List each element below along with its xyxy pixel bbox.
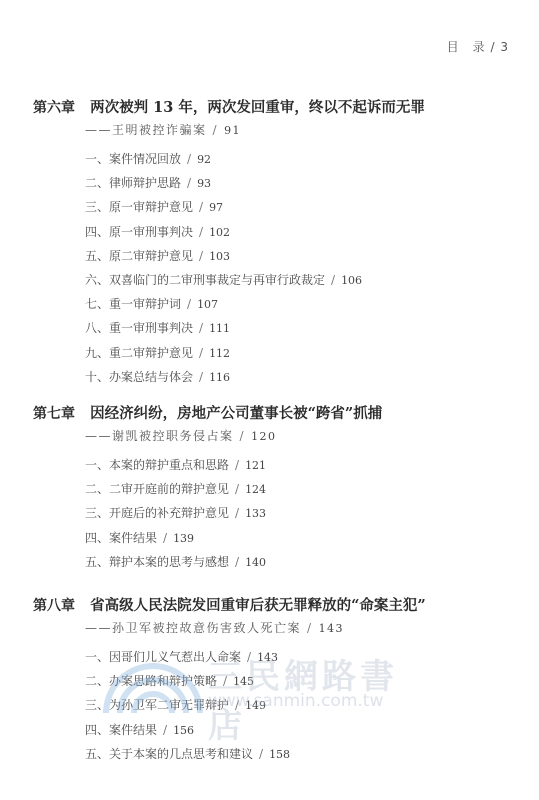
separator: / (235, 458, 239, 472)
chapter-number: 第七章 (33, 403, 85, 423)
toc-entry[interactable]: 九、重二审辩护意见/112 (85, 344, 362, 368)
chapter-number: 第八章 (33, 595, 85, 615)
chapter-subtitle[interactable]: ——孙卫军被控故意伤害致人死亡案/143 (85, 619, 344, 636)
toc-entry[interactable]: 五、关于本案的几点思考和建议/158 (85, 745, 290, 769)
page-number: 149 (245, 699, 266, 712)
separator: / (240, 429, 246, 443)
entry-label: 八、重一审刑事判决 (85, 321, 193, 335)
subtitle-text: ——谢凯被控职务侵占案 (85, 429, 234, 443)
separator: / (235, 482, 239, 496)
separator: / (223, 674, 227, 688)
separator: / (307, 621, 313, 635)
toc-entry[interactable]: 五、原二审辩护意见/103 (85, 247, 362, 271)
page-number: 106 (341, 274, 362, 287)
toc-entry[interactable]: 四、案件结果/139 (85, 529, 266, 553)
separator: / (235, 698, 239, 712)
separator: / (235, 506, 239, 520)
toc-entry[interactable]: 三、原一审辩护意见/97 (85, 198, 362, 222)
toc-entry[interactable]: 八、重一审刑事判决/111 (85, 319, 362, 343)
toc-entry[interactable]: 一、案件情况回放/92 (85, 150, 362, 174)
entry-label: 三、原一审辩护意见 (85, 200, 193, 214)
entry-label: 四、原一审刑事判决 (85, 225, 193, 239)
entry-label: 三、为孙卫军二审无罪辩护 (85, 698, 229, 712)
toc-entry[interactable]: 四、案件结果/156 (85, 721, 290, 745)
page-number: 145 (233, 675, 254, 688)
chapter-number: 第六章 (33, 97, 85, 117)
page-number: 140 (245, 556, 266, 569)
separator: / (199, 225, 203, 239)
page-number: 107 (197, 298, 218, 311)
toc-entry[interactable]: 一、本案的辩护重点和思路/121 (85, 456, 266, 480)
separator: / (199, 249, 203, 263)
page-number: 121 (245, 459, 266, 472)
entry-label: 一、因哥们儿义气惹出人命案 (85, 650, 241, 664)
running-head-separator: / (490, 40, 495, 54)
entry-label: 七、重一审辩护词 (85, 297, 181, 311)
separator: / (187, 297, 191, 311)
entry-label: 五、关于本案的几点思考和建议 (85, 747, 253, 761)
entry-label: 二、二审开庭前的辩护意见 (85, 482, 229, 496)
subtitle-text: ——孙卫军被控故意伤害致人死亡案 (85, 621, 301, 635)
toc-entry[interactable]: 二、律师辩护思路/93 (85, 174, 362, 198)
entry-label: 六、双喜临门的二审刑事裁定与再审行政裁定 (85, 273, 325, 287)
page-number: 124 (245, 483, 266, 496)
entry-label: 四、案件结果 (85, 723, 157, 737)
toc-entry[interactable]: 三、为孙卫军二审无罪辩护/149 (85, 696, 290, 720)
entry-label: 五、辩护本案的思考与感想 (85, 555, 229, 569)
page-number: 111 (209, 322, 230, 335)
page-number: 116 (209, 371, 230, 384)
page-number: 158 (269, 748, 290, 761)
chapter-heading: 第六章 两次被判 13 年，两次发回重审，终以不起诉而无罪 (33, 96, 425, 117)
toc-entry[interactable]: 七、重一审辩护词/107 (85, 295, 362, 319)
running-head: 目 录 / 3 (447, 38, 509, 55)
chapter-heading: 第七章 因经济纠纷，房地产公司董事长被“跨省”抓捕 (33, 402, 382, 423)
separator: / (235, 555, 239, 569)
entry-label: 二、办案思路和辩护策略 (85, 674, 217, 688)
separator: / (213, 123, 219, 137)
toc-entry[interactable]: 十、办案总结与体会/116 (85, 368, 362, 392)
chapter-subtitle[interactable]: ——王明被控诈骗案/91 (85, 121, 241, 138)
page-number: 93 (197, 177, 211, 190)
separator: / (199, 370, 203, 384)
page-number: 112 (209, 347, 230, 360)
separator: / (163, 723, 167, 737)
entry-label: 五、原二审辩护意见 (85, 249, 193, 263)
page-number: 120 (251, 430, 277, 443)
toc-entry[interactable]: 二、办案思路和辩护策略/145 (85, 672, 290, 696)
toc-entries: 一、本案的辩护重点和思路/121 二、二审开庭前的辩护意见/124 三、开庭后的… (85, 456, 266, 577)
toc-entry[interactable]: 一、因哥们儿义气惹出人命案/143 (85, 648, 290, 672)
page-number: 92 (197, 153, 211, 166)
toc-entry[interactable]: 六、双喜临门的二审刑事裁定与再审行政裁定/106 (85, 271, 362, 295)
entry-label: 九、重二审辩护意见 (85, 346, 193, 360)
separator: / (331, 273, 335, 287)
separator: / (199, 321, 203, 335)
page-number: 133 (245, 507, 266, 520)
page-number: 143 (257, 651, 278, 664)
toc-entries: 一、因哥们儿义气惹出人命案/143 二、办案思路和辩护策略/145 三、为孙卫军… (85, 648, 290, 769)
entry-label: 一、本案的辩护重点和思路 (85, 458, 229, 472)
page-number: 91 (224, 124, 241, 137)
running-head-page: 3 (500, 40, 509, 54)
subtitle-text: ——王明被控诈骗案 (85, 123, 207, 137)
separator: / (163, 531, 167, 545)
toc-entries: 一、案件情况回放/92 二、律师辩护思路/93 三、原一审辩护意见/97 四、原… (85, 150, 362, 392)
page-number: 97 (209, 201, 223, 214)
toc-entry[interactable]: 二、二审开庭前的辩护意见/124 (85, 480, 266, 504)
page-number: 102 (209, 226, 230, 239)
entry-label: 一、案件情况回放 (85, 152, 181, 166)
toc-entry[interactable]: 五、辩护本案的思考与感想/140 (85, 553, 266, 577)
entry-label: 三、开庭后的补充辩护意见 (85, 506, 229, 520)
page-number: 103 (209, 250, 230, 263)
toc-entry[interactable]: 三、开庭后的补充辩护意见/133 (85, 504, 266, 528)
chapter-title: 因经济纠纷，房地产公司董事长被“跨省”抓捕 (90, 405, 382, 422)
separator: / (187, 152, 191, 166)
page-number: 139 (173, 532, 194, 545)
toc-entry[interactable]: 四、原一审刑事判决/102 (85, 223, 362, 247)
separator: / (187, 176, 191, 190)
separator: / (259, 747, 263, 761)
page-number: 156 (173, 724, 194, 737)
chapter-subtitle[interactable]: ——谢凯被控职务侵占案/120 (85, 427, 277, 444)
chapter-title: 两次被判 13 年，两次发回重审，终以不起诉而无罪 (90, 99, 425, 116)
separator: / (247, 650, 251, 664)
running-head-label: 目 录 (447, 40, 486, 54)
separator: / (199, 346, 203, 360)
chapter-heading: 第八章 省高级人民法院发回重审后获无罪释放的“命案主犯” (33, 594, 426, 615)
entry-label: 二、律师辩护思路 (85, 176, 181, 190)
page-number: 143 (319, 622, 345, 635)
entry-label: 四、案件结果 (85, 531, 157, 545)
chapter-title: 省高级人民法院发回重审后获无罪释放的“命案主犯” (90, 597, 426, 614)
separator: / (199, 200, 203, 214)
entry-label: 十、办案总结与体会 (85, 370, 193, 384)
